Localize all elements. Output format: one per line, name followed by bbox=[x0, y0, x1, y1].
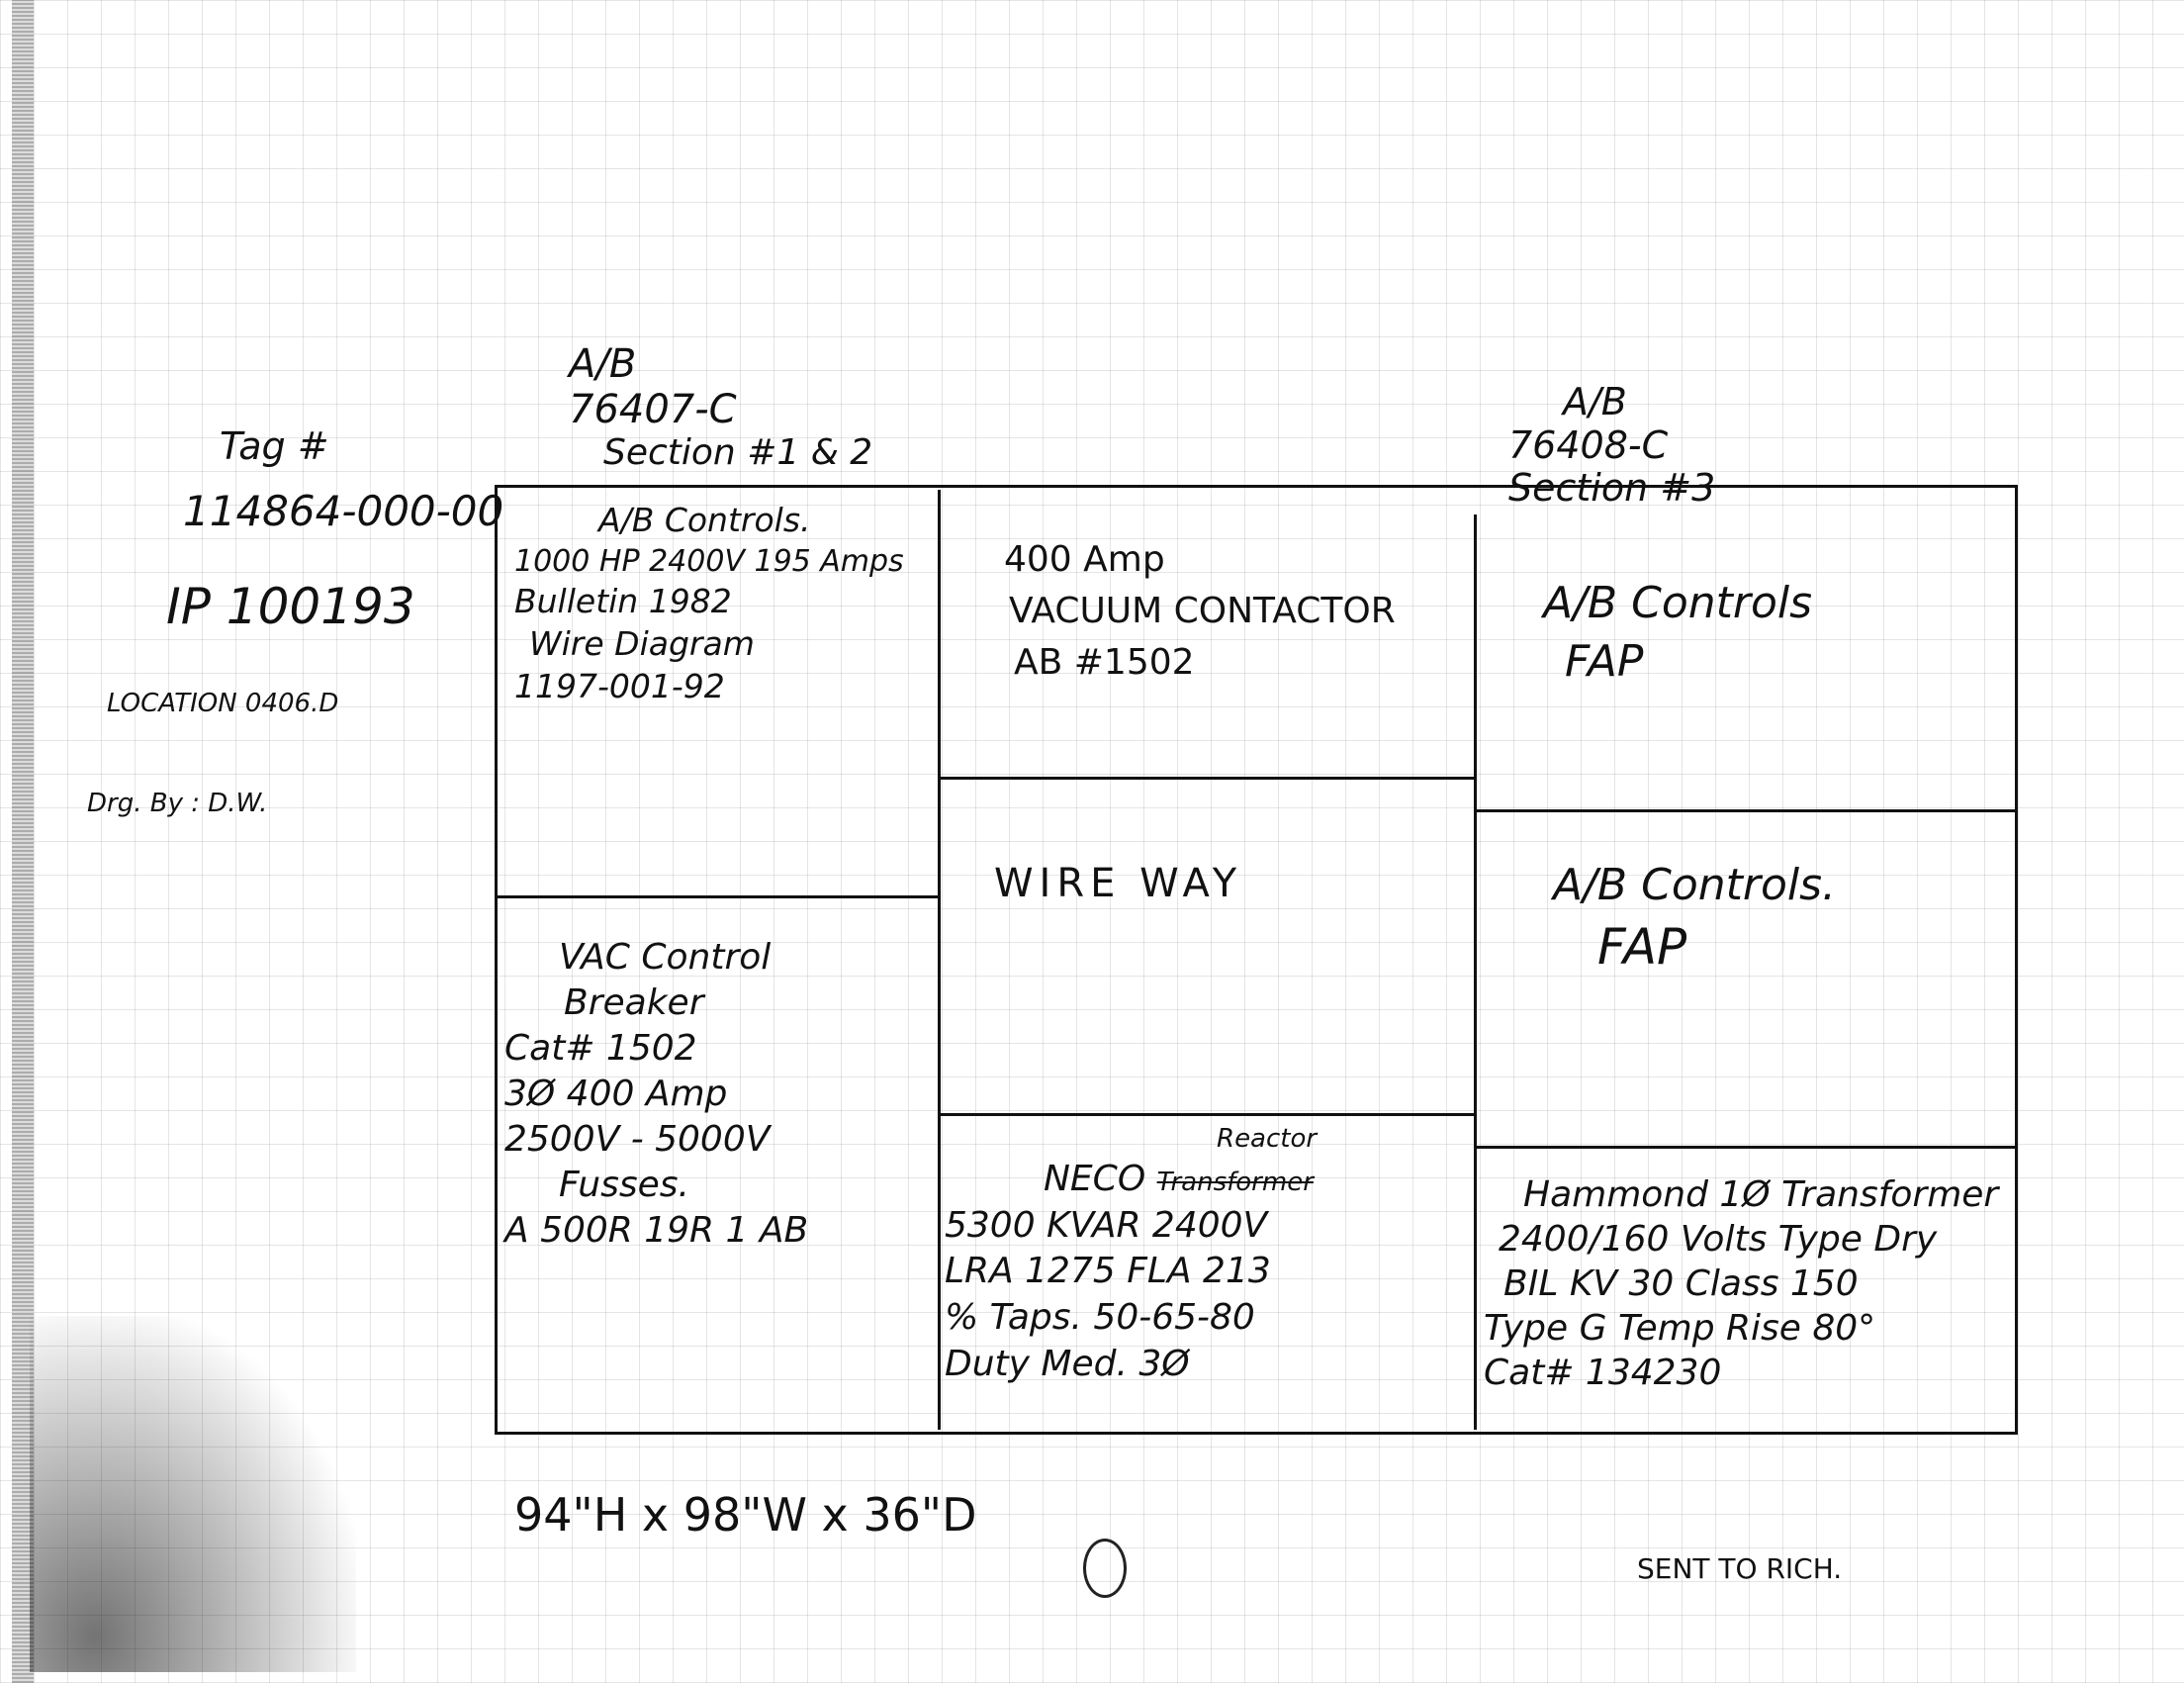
cell-line: 2400/160 Volts Type Dry bbox=[1499, 1217, 1998, 1262]
cell-line: A/B Controls. bbox=[598, 500, 904, 542]
cell-col2-middle: WIRE WAY bbox=[994, 861, 1242, 906]
cell-line: FAP bbox=[1597, 914, 1836, 982]
cell-line: Cat# 134230 bbox=[1484, 1351, 1998, 1395]
cell-line: AB #1502 bbox=[1014, 637, 1396, 689]
cell-line: 1000 HP 2400V 195 Amps bbox=[514, 542, 904, 581]
cell-col3-bottom: Hammond 1Ø Transformer 2400/160 Volts Ty… bbox=[1484, 1172, 1998, 1395]
header-left-line1: A/B bbox=[569, 341, 872, 387]
divider-col3-h1 bbox=[1476, 809, 2018, 812]
section-header-left: A/B 76407-C Section #1 & 2 bbox=[569, 341, 872, 473]
cell-col3-top: A/B Controls FAP bbox=[1543, 574, 1812, 692]
divider-col1-h bbox=[495, 895, 940, 898]
ip-number: IP 100193 bbox=[166, 579, 415, 636]
divider-col1 bbox=[938, 490, 941, 1430]
divider-col2-h2 bbox=[940, 1113, 1476, 1116]
neco-label: NECO bbox=[1044, 1159, 1145, 1199]
cell-line: 400 Amp bbox=[1004, 534, 1396, 586]
divider-col2 bbox=[1474, 514, 1477, 1430]
divider-col2-h1 bbox=[940, 777, 1476, 780]
drawn-by-label: Drg. By : D.W. bbox=[87, 790, 267, 819]
cell-line: 3Ø 400 Amp bbox=[504, 1072, 808, 1117]
tag-number: 114864-000-00 bbox=[183, 488, 503, 535]
cell-line: A 500R 19R 1 AB bbox=[504, 1208, 808, 1254]
cell-line: Cat# 1502 bbox=[504, 1026, 808, 1072]
header-left-line2: 76407-C bbox=[569, 387, 872, 432]
cell-line: Breaker bbox=[564, 981, 808, 1026]
cell-line: BIL KV 30 Class 150 bbox=[1503, 1262, 1998, 1306]
reactor-correction: Reactor bbox=[1217, 1123, 1317, 1157]
dimensions: 94"H x 98"W x 36"D bbox=[514, 1489, 977, 1542]
header-right-line1: A/B bbox=[1563, 381, 1715, 424]
cell-col1-top: A/B Controls. 1000 HP 2400V 195 Amps Bul… bbox=[514, 500, 904, 708]
header-left-line3: Section #1 & 2 bbox=[603, 432, 872, 473]
cell-line: 1197-001-92 bbox=[514, 666, 904, 708]
cell-line: LRA 1275 FLA 213 bbox=[945, 1249, 1317, 1295]
cell-col2-bottom: Reactor NECO Transformer 5300 KVAR 2400V… bbox=[945, 1123, 1317, 1388]
footer-note: SENT TO RICH. bbox=[1637, 1553, 1842, 1585]
scan-smudge bbox=[30, 1316, 356, 1672]
cell-col3-middle: A/B Controls. FAP bbox=[1553, 856, 1836, 982]
divider-col3-h2 bbox=[1476, 1146, 2018, 1149]
cell-line: Type G Temp Rise 80° bbox=[1484, 1306, 1998, 1351]
location-label: LOCATION 0406.D bbox=[107, 690, 338, 719]
cell-line: A/B Controls. bbox=[1553, 856, 1836, 914]
cell-line: VACUUM CONTACTOR bbox=[1009, 586, 1396, 637]
cell-line: 2500V - 5000V bbox=[504, 1117, 808, 1163]
cell-col2-top: 400 Amp VACUUM CONTACTOR AB #1502 bbox=[1004, 534, 1396, 690]
cell-line: % Taps. 50-65-80 bbox=[945, 1295, 1317, 1342]
cell-line: 5300 KVAR 2400V bbox=[945, 1203, 1317, 1250]
cell-line: Bulletin 1982 bbox=[514, 581, 904, 623]
cell-line: Duty Med. 3Ø bbox=[945, 1342, 1317, 1388]
cell-line: Fusses. bbox=[559, 1163, 808, 1208]
tag-label: Tag # bbox=[220, 425, 329, 469]
cell-line: Hammond 1Ø Transformer bbox=[1523, 1172, 1998, 1217]
hole-punch-mark bbox=[1083, 1539, 1127, 1598]
header-right-line2: 76408-C bbox=[1508, 424, 1715, 468]
cell-line: FAP bbox=[1565, 632, 1812, 691]
cell-line: A/B Controls bbox=[1543, 574, 1812, 632]
cell-col1-bottom: VAC Control Breaker Cat# 1502 3Ø 400 Amp… bbox=[504, 935, 808, 1255]
struck-transformer: Transformer bbox=[1157, 1168, 1314, 1197]
cell-line: Wire Diagram bbox=[529, 623, 904, 666]
cell-line: VAC Control bbox=[559, 935, 808, 981]
